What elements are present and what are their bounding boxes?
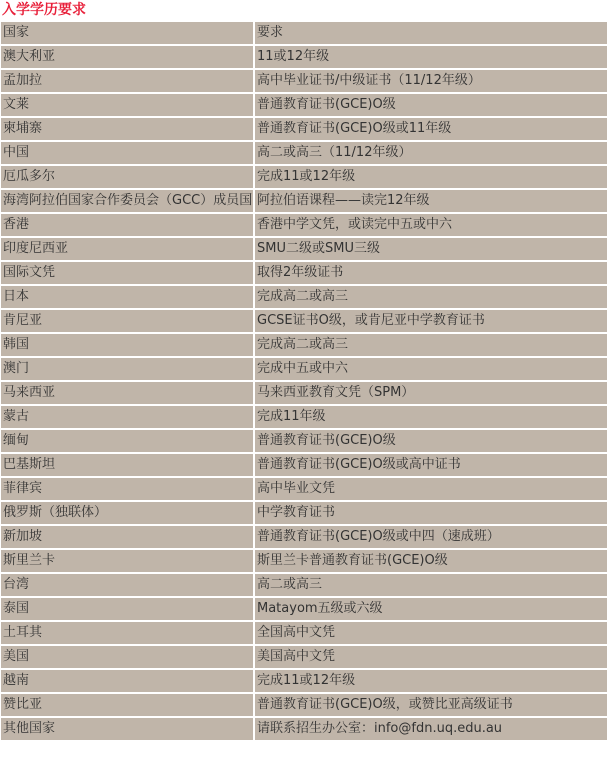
table-row: 台湾高二或高三 bbox=[1, 574, 607, 596]
table-row: 其他国家请联系招生办公室：info@fdn.uq.edu.au bbox=[1, 718, 607, 740]
requirement-cell: GCSE证书O级，或肯尼亚中学教育证书 bbox=[255, 310, 607, 332]
table-row: 海湾阿拉伯国家合作委员会（GCC）成员国阿拉伯语课程——读完12年级 bbox=[1, 190, 607, 212]
country-cell: 日本 bbox=[1, 286, 253, 308]
requirement-cell: 美国高中文凭 bbox=[255, 646, 607, 668]
table-row: 印度尼西亚SMU二级或SMU三级 bbox=[1, 238, 607, 260]
country-cell: 泰国 bbox=[1, 598, 253, 620]
requirement-cell: 香港中学文凭，或读完中五或中六 bbox=[255, 214, 607, 236]
requirement-cell: 完成高二或高三 bbox=[255, 286, 607, 308]
requirement-cell: 阿拉伯语课程——读完12年级 bbox=[255, 190, 607, 212]
table-row: 澳门完成中五或中六 bbox=[1, 358, 607, 380]
table-row: 巴基斯坦普通教育证书(GCE)O级或高中证书 bbox=[1, 454, 607, 476]
country-cell: 中国 bbox=[1, 142, 253, 164]
requirement-cell: 马来西亚教育文凭（SPM） bbox=[255, 382, 607, 404]
country-cell: 新加坡 bbox=[1, 526, 253, 548]
requirement-cell: 普通教育证书(GCE)O级，或赞比亚高级证书 bbox=[255, 694, 607, 716]
country-cell: 其他国家 bbox=[1, 718, 253, 740]
requirements-table: 国家 要求 澳大利亚11或12年级孟加拉高中毕业证书/中级证书（11/12年级）… bbox=[0, 20, 608, 742]
table-row: 越南完成11或12年级 bbox=[1, 670, 607, 692]
requirement-cell: 完成中五或中六 bbox=[255, 358, 607, 380]
country-cell: 俄罗斯（独联体） bbox=[1, 502, 253, 524]
requirement-cell: 高二或高三 bbox=[255, 574, 607, 596]
page-title: 入学学历要求 bbox=[0, 0, 608, 20]
table-row: 文莱普通教育证书(GCE)O级 bbox=[1, 94, 607, 116]
requirement-cell: 普通教育证书(GCE)O级或11年级 bbox=[255, 118, 607, 140]
table-row: 厄瓜多尔完成11或12年级 bbox=[1, 166, 607, 188]
requirement-cell: 高中毕业文凭 bbox=[255, 478, 607, 500]
requirement-cell: 中学教育证书 bbox=[255, 502, 607, 524]
country-cell: 文莱 bbox=[1, 94, 253, 116]
table-row: 马来西亚马来西亚教育文凭（SPM） bbox=[1, 382, 607, 404]
table-row: 中国高二或高三（11/12年级） bbox=[1, 142, 607, 164]
table-row: 澳大利亚11或12年级 bbox=[1, 46, 607, 68]
requirement-cell: 普通教育证书(GCE)O级 bbox=[255, 94, 607, 116]
country-cell: 香港 bbox=[1, 214, 253, 236]
country-cell: 国际文凭 bbox=[1, 262, 253, 284]
table-row: 赞比亚普通教育证书(GCE)O级，或赞比亚高级证书 bbox=[1, 694, 607, 716]
requirement-cell: Matayom五级或六级 bbox=[255, 598, 607, 620]
table-row: 美国美国高中文凭 bbox=[1, 646, 607, 668]
table-row: 土耳其全国高中文凭 bbox=[1, 622, 607, 644]
table-row: 孟加拉高中毕业证书/中级证书（11/12年级） bbox=[1, 70, 607, 92]
requirement-cell: SMU二级或SMU三级 bbox=[255, 238, 607, 260]
country-cell: 蒙古 bbox=[1, 406, 253, 428]
country-cell: 越南 bbox=[1, 670, 253, 692]
page: 入学学历要求 国家 要求 澳大利亚11或12年级孟加拉高中毕业证书/中级证书（1… bbox=[0, 0, 608, 742]
requirement-cell: 普通教育证书(GCE)O级或中四（速成班） bbox=[255, 526, 607, 548]
country-cell: 缅甸 bbox=[1, 430, 253, 452]
country-cell: 斯里兰卡 bbox=[1, 550, 253, 572]
table-row: 韩国完成高二或高三 bbox=[1, 334, 607, 356]
country-cell: 马来西亚 bbox=[1, 382, 253, 404]
table-row: 泰国Matayom五级或六级 bbox=[1, 598, 607, 620]
requirement-cell: 完成高二或高三 bbox=[255, 334, 607, 356]
requirement-cell: 高二或高三（11/12年级） bbox=[255, 142, 607, 164]
requirement-cell: 请联系招生办公室：info@fdn.uq.edu.au bbox=[255, 718, 607, 740]
requirement-cell: 普通教育证书(GCE)O级或高中证书 bbox=[255, 454, 607, 476]
table-header-row: 国家 要求 bbox=[1, 22, 607, 44]
requirement-cell: 普通教育证书(GCE)O级 bbox=[255, 430, 607, 452]
country-cell: 海湾阿拉伯国家合作委员会（GCC）成员国 bbox=[1, 190, 253, 212]
country-cell: 菲律宾 bbox=[1, 478, 253, 500]
country-cell: 巴基斯坦 bbox=[1, 454, 253, 476]
requirement-cell: 11或12年级 bbox=[255, 46, 607, 68]
requirement-cell: 完成11年级 bbox=[255, 406, 607, 428]
country-cell: 柬埔寨 bbox=[1, 118, 253, 140]
requirement-cell: 高中毕业证书/中级证书（11/12年级） bbox=[255, 70, 607, 92]
header-country: 国家 bbox=[1, 22, 253, 44]
country-cell: 澳大利亚 bbox=[1, 46, 253, 68]
table-row: 俄罗斯（独联体）中学教育证书 bbox=[1, 502, 607, 524]
country-cell: 肯尼亚 bbox=[1, 310, 253, 332]
requirement-cell: 斯里兰卡普通教育证书(GCE)O级 bbox=[255, 550, 607, 572]
table-row: 香港香港中学文凭，或读完中五或中六 bbox=[1, 214, 607, 236]
requirement-cell: 完成11或12年级 bbox=[255, 670, 607, 692]
table-row: 日本完成高二或高三 bbox=[1, 286, 607, 308]
table-row: 国际文凭取得2年级证书 bbox=[1, 262, 607, 284]
country-cell: 孟加拉 bbox=[1, 70, 253, 92]
requirement-cell: 取得2年级证书 bbox=[255, 262, 607, 284]
country-cell: 韩国 bbox=[1, 334, 253, 356]
table-row: 菲律宾高中毕业文凭 bbox=[1, 478, 607, 500]
requirement-cell: 完成11或12年级 bbox=[255, 166, 607, 188]
country-cell: 澳门 bbox=[1, 358, 253, 380]
country-cell: 印度尼西亚 bbox=[1, 238, 253, 260]
table-row: 新加坡普通教育证书(GCE)O级或中四（速成班） bbox=[1, 526, 607, 548]
country-cell: 美国 bbox=[1, 646, 253, 668]
country-cell: 台湾 bbox=[1, 574, 253, 596]
table-row: 柬埔寨普通教育证书(GCE)O级或11年级 bbox=[1, 118, 607, 140]
country-cell: 土耳其 bbox=[1, 622, 253, 644]
country-cell: 赞比亚 bbox=[1, 694, 253, 716]
table-row: 肯尼亚GCSE证书O级，或肯尼亚中学教育证书 bbox=[1, 310, 607, 332]
table-row: 斯里兰卡斯里兰卡普通教育证书(GCE)O级 bbox=[1, 550, 607, 572]
table-row: 蒙古完成11年级 bbox=[1, 406, 607, 428]
country-cell: 厄瓜多尔 bbox=[1, 166, 253, 188]
requirement-cell: 全国高中文凭 bbox=[255, 622, 607, 644]
header-requirement: 要求 bbox=[255, 22, 607, 44]
table-row: 缅甸普通教育证书(GCE)O级 bbox=[1, 430, 607, 452]
